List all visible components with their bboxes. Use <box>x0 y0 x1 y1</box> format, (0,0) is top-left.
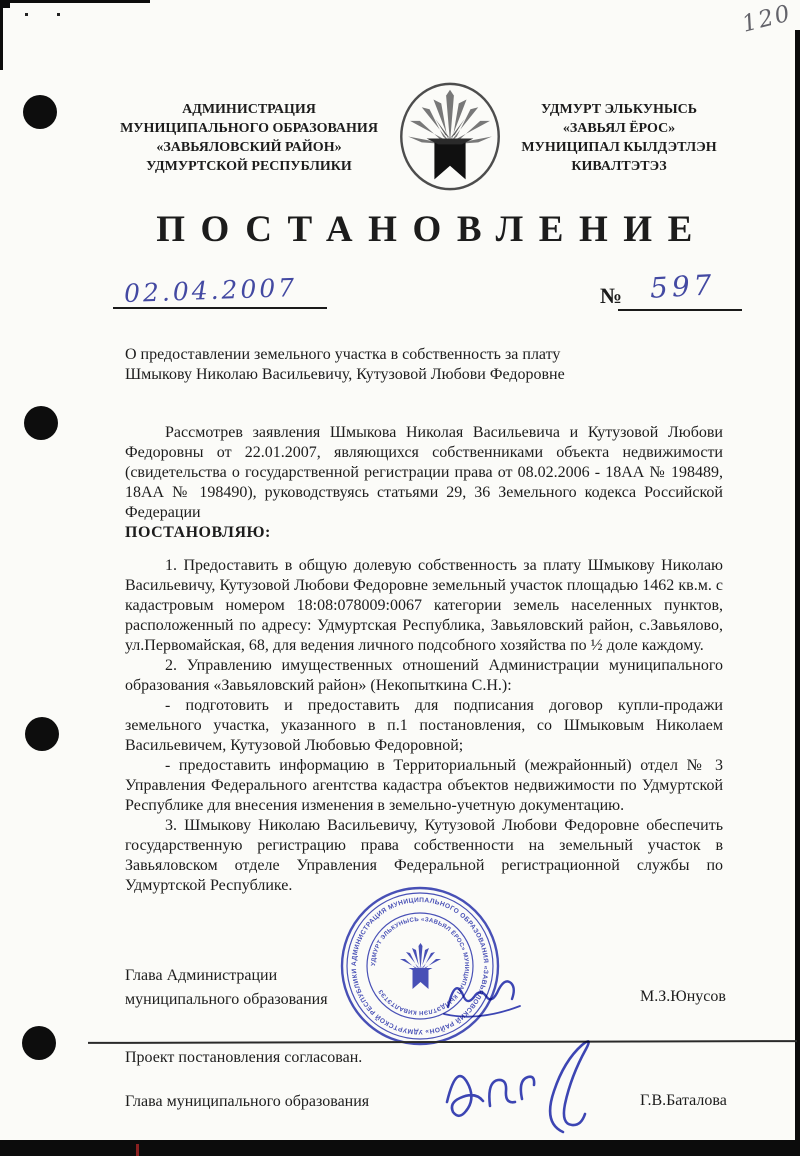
handwritten-number: 597 <box>649 268 716 304</box>
resolution-item-2a: - подготовить и предоставить для подписа… <box>125 696 723 756</box>
org-name-line: «ЗАВЬЯЛОВСКИЙ РАЙОН» <box>118 138 380 157</box>
resolve-word: ПОСТАНОВЛЯЮ: <box>125 523 723 543</box>
org-name-udmurt: УДМУРТ ЭЛЬКУНЫСЬ «ЗАВЬЯЛ ЁРОС» МУНИЦИПАЛ… <box>505 100 733 176</box>
punch-hole <box>22 1026 56 1060</box>
subject-line: Шмыкову Николаю Васильевичу, Кутузовой Л… <box>125 365 723 385</box>
date-underline <box>113 307 327 309</box>
head-mo-signature-label: Глава муниципального образования <box>125 1090 369 1114</box>
scan-edge-bottom <box>0 1140 800 1156</box>
punch-hole <box>24 406 58 440</box>
scanned-document-page: 120 АДМИНИСТРАЦИЯ МУНИЦИПАЛЬНОГО ОБРАЗОВ… <box>0 0 800 1156</box>
handwritten-date: 02.04.2007 <box>124 273 298 308</box>
document-body: О предоставлении земельного участка в со… <box>125 345 723 896</box>
scan-corner-top-left <box>0 0 10 8</box>
resolution-item-2: 2. Управлению имущественных отношений Ад… <box>125 656 723 696</box>
scan-edge-left <box>0 0 3 70</box>
resolution-item-1: 1. Предоставить в общую долевую собствен… <box>125 556 723 656</box>
org-name-russian: АДМИНИСТРАЦИЯ МУНИЦИПАЛЬНОГО ОБРАЗОВАНИЯ… <box>118 100 380 176</box>
subject-line: О предоставлении земельного участка в со… <box>125 345 723 365</box>
org-name-line: УДМУРТ ЭЛЬКУНЫСЬ <box>505 100 733 119</box>
scan-edge-right <box>795 30 800 1156</box>
resolution-item-2b: - предоставить информацию в Территориаль… <box>125 756 723 816</box>
stamp-center-emblem-icon <box>400 943 441 989</box>
org-name-line: УДМУРТСКОЙ РЕСПУБЛИКИ <box>118 157 380 176</box>
yunusov-signature <box>440 965 550 1025</box>
preamble-paragraph: Рассмотрев заявления Шмыкова Николая Вас… <box>125 423 723 523</box>
org-name-line: МУНИЦИПАЛЬНОГО ОБРАЗОВАНИЯ <box>118 119 380 138</box>
org-name-line: АДМИНИСТРАЦИЯ <box>118 100 380 119</box>
batalova-signature <box>435 1040 620 1145</box>
scan-speck <box>57 13 60 16</box>
scan-speck <box>25 13 28 16</box>
head-admin-signature-label: Глава Администрации муниципального образ… <box>125 964 328 1012</box>
pencil-page-number: 120 <box>740 0 795 37</box>
scan-red-tick <box>136 1144 139 1156</box>
org-name-line: «ЗАВЬЯЛ ЁРОС» <box>505 119 733 138</box>
scan-edge-top <box>0 0 150 3</box>
number-underline <box>618 309 742 311</box>
sig-label-line: муниципального образования <box>125 988 328 1012</box>
punch-hole <box>25 717 59 751</box>
sig-label-line: Глава Администрации <box>125 964 328 988</box>
head-admin-name: М.З.Юнусов <box>640 988 726 1006</box>
agreement-note: Проект постановления согласован. <box>125 1049 362 1067</box>
document-title: ПОСТАНОВЛЕНИЕ <box>64 208 800 251</box>
org-name-line: КИВАЛТЭТЭЗ <box>505 157 733 176</box>
coat-of-arms-emblem-icon <box>396 80 504 200</box>
subject-heading: О предоставлении земельного участка в со… <box>125 345 723 385</box>
number-sign-label: № <box>600 283 622 309</box>
punch-hole <box>23 95 57 129</box>
head-mo-name: Г.В.Баталова <box>640 1092 727 1110</box>
org-name-line: МУНИЦИПАЛ КЫЛДЭТЛЭН <box>505 138 733 157</box>
